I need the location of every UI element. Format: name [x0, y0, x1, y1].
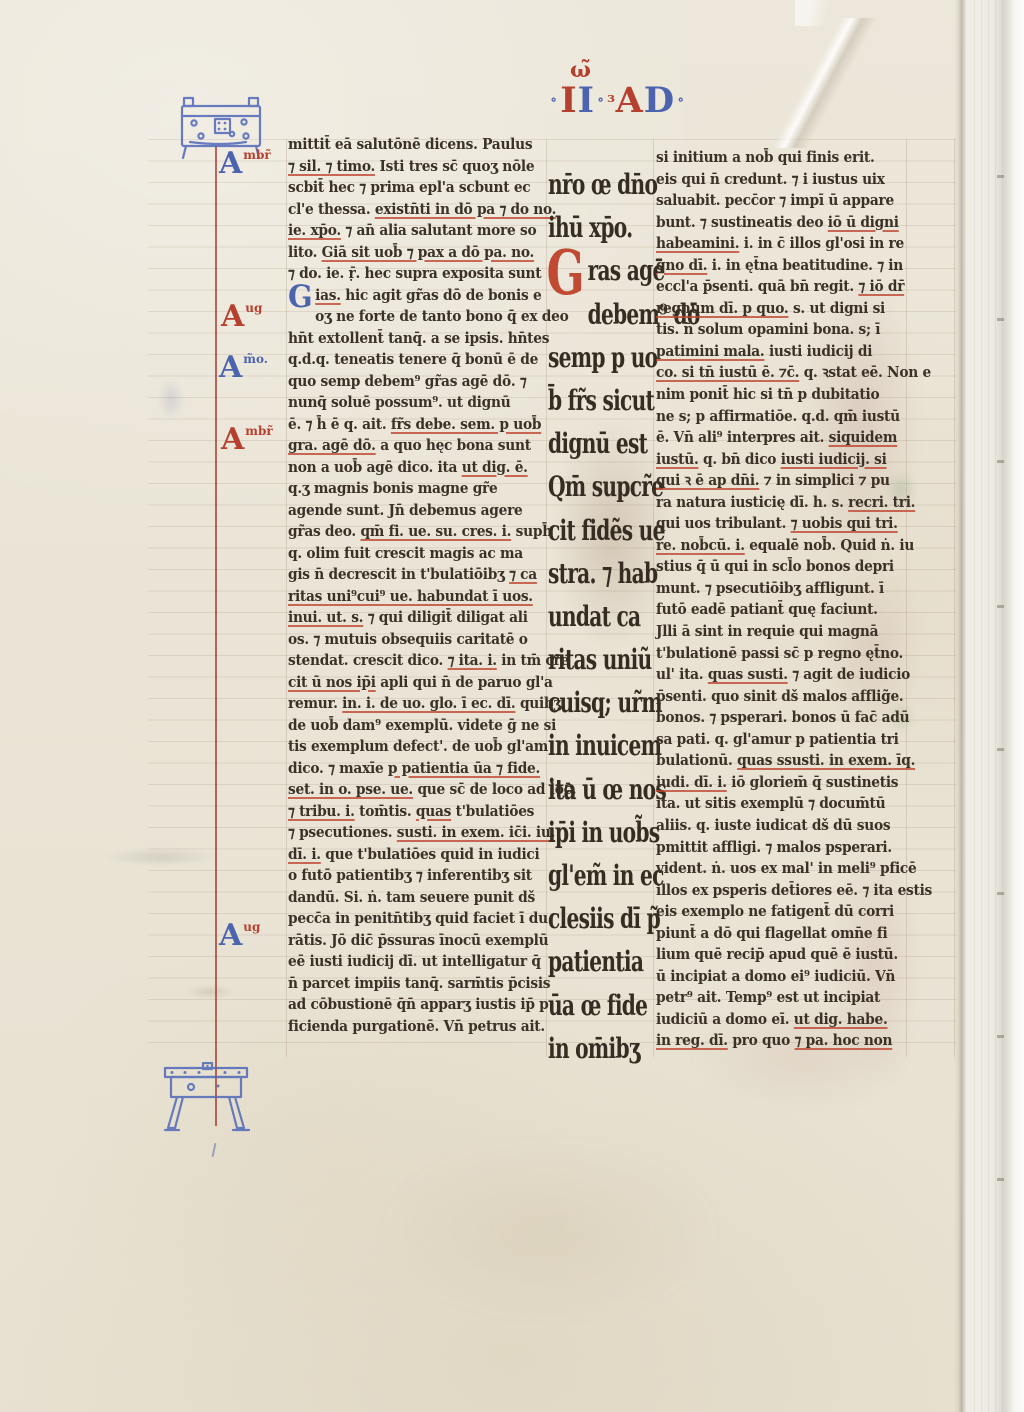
text-line: bulationū. quas ssusti. in exem. īq. [656, 750, 907, 772]
author-initial: A [221, 299, 244, 334]
text-line: hn̄t extollent̄ tanq̄. a se ipsis. hn̄te… [288, 328, 547, 350]
text-line: lium quē recip̄ apud quē ē iustū. [656, 944, 907, 966]
text-line: mittit̄ eā salutōnē dicens. Paulus [288, 134, 547, 156]
text-line: in om̄ibʒ [548, 1027, 657, 1070]
text-line: Gias. hic agit gr̃as dō de bonis e [288, 285, 547, 307]
manuscript-page: ω̃ ∘II∘ɜAD∘ [0, 0, 1024, 1412]
author-mark-ambrose: Ambr̃ [219, 148, 271, 179]
pen-trial-stroke [212, 1143, 217, 1157]
title-numeral: I [578, 82, 595, 120]
text-line: ul' ita. quas susti. ⁊ agit de iudicio [656, 664, 907, 686]
text-line: dignū est [548, 422, 657, 465]
text-line: saluabit. pecc̄or ⁊ impī ū appare [656, 190, 907, 212]
text-line: inui. ut. s. ⁊ qui diligit̄ diligat ali [288, 607, 547, 629]
quire-mark [997, 1178, 1004, 1181]
text-line: aliis. q. iuste iudicat dš dū suos [656, 815, 907, 837]
author-initial: A [221, 422, 244, 457]
text-line: illos ex psperis det̄iores eē. ⁊ ita est… [656, 880, 907, 902]
text-line: bonos. ⁊ psperari. bonos ū fac̄ adū [656, 707, 907, 729]
text-line: iudi. dī. i. iō gloriem̄ q̄ sustinetis [656, 772, 907, 794]
text-line: regnum dī. p quo. s. ut digni si [656, 298, 907, 320]
author-initial: A [219, 146, 242, 181]
text-line: ritas uniũ [548, 638, 657, 681]
text-line: ita ū œ nos [548, 768, 657, 811]
text-line: oʒ ne forte de tanto bono q̄ ex deo [288, 306, 547, 328]
text-line: ⁊ tribu. i. tom̄tis. quas t'bulatiōes [288, 801, 547, 823]
text-line: ie. xp̄o. ⁊ an̄ alia salutant more so [288, 220, 547, 242]
text-line: dandū. Si. ṅ. tam seuere punit dš [288, 887, 547, 909]
text-line: semp p uo [548, 336, 657, 379]
text-line: tis. n̄ solum opamini bona. s; ī [656, 319, 907, 341]
text-line: eē iusti iudicij dī. ut intelligatur q̄ [288, 951, 547, 973]
text-line: dī. i. que t'bulatiōes quid in iudici [288, 844, 547, 866]
text-line: o futō patientibʒ ⁊ inferentibʒ sit [288, 865, 547, 887]
text-line: gr̃as deo. qm̄ fi. ue. su. cres. i. suph… [288, 521, 547, 543]
book-fore-edge [954, 0, 1024, 1412]
text-line: pmittit affligi. ⁊ malos psperari. [656, 837, 907, 859]
text-line: ficienda purgationē. Vn̄ petrus ait. [288, 1016, 547, 1038]
text-line: petr⁹ ait. Temp⁹ est ut incipiat [656, 987, 907, 1009]
author-mark-augustine: Aug [219, 920, 260, 951]
title-dot: ∘ [677, 81, 685, 119]
text-line: n̄ parcet impiis tanq̄. sarm̄tis p̄cisis [288, 973, 547, 995]
text-line: t'bulationē passi sc̄ p regno ęt̄no. [656, 643, 907, 665]
text-line: b̄ fr̃s sicut [548, 379, 657, 422]
text-line: qui uos tribulant. ⁊ uobis qui tri. [656, 513, 907, 535]
text-line: p̄senti. quo sinit dš malos afflig̃e. [656, 686, 907, 708]
quire-mark [997, 605, 1004, 608]
text-line: q.ʒ magnis bonis magne gr̃e [288, 478, 547, 500]
parchment-mottling [380, 1140, 720, 1320]
text-line: stendat. crescit dico. ⁊ ita. i. in tm̄ … [288, 650, 547, 672]
text-line: patientia [548, 940, 657, 983]
text-line: ⁊ psecutiones. susti. in exem. ic̄i. iu. [288, 822, 547, 844]
illuminated-initial: G [288, 285, 312, 310]
text-line: set. in o. pse. ue. que sc̄ de loco ad l… [288, 779, 547, 801]
title-numeral: I [560, 82, 577, 120]
text-line: piunt̄ a dō qui flagellat omn̄e fi [656, 923, 907, 945]
margin-rule-red [215, 146, 217, 1126]
text-line: ūa œ fide [548, 984, 657, 1027]
text-line: ū incipiat a domo ei⁹ iudiciū. Vn̄ [656, 966, 907, 988]
text-line: pecc̄a in penitn̄tibʒ quid faciet ī du [288, 908, 547, 930]
text-line: habeamini. i. in c̄ illos gl'osi in re [656, 233, 907, 255]
text-line: tis exemplum defect'. de uob̄ gl'am [288, 736, 547, 758]
author-abbrev: mbr̃ [243, 148, 270, 162]
text-line: cuisq; ur̃m [548, 681, 657, 724]
title-flourish: ω̃ [570, 60, 708, 80]
title-dot: ∘ [550, 81, 558, 119]
text-line: nr̄o œ dn̄o [548, 163, 657, 206]
text-line: re. nob̄cū. i. equalē nob̄. Quid ṅ. iu [656, 535, 907, 557]
text-line: q. olim fuit crescit magis ac ma [288, 543, 547, 565]
text-line: q.d.q. teneatis tenere q̄ bonū ē de [288, 349, 547, 371]
text-line: co. si tn̄ iustū ē. ⁊c̄. q. ꝛstat eē. No… [656, 362, 907, 384]
title-mark: ɜ [607, 80, 615, 118]
column-rule [286, 139, 287, 1057]
parchment-tear [770, 18, 880, 148]
author-mark-augustine: Aug [221, 301, 262, 332]
title-dot: ∘ [597, 81, 605, 119]
text-line: ⁊ sil. ⁊ timo. Isti tres sc̄ quoʒ nōle [288, 156, 547, 178]
text-line: cl'e thessa. existn̄ti in dō pa ⁊ do no. [288, 199, 547, 221]
left-gloss-column: mittit̄ eā salutōnē dicens. Paulus⁊ sil.… [288, 134, 547, 1037]
text-line: cit ū nos ip̄i apli qui n̄ de paruo gl'a [288, 672, 547, 694]
text-line: os. ⁊ mutuis obsequiis caritatē o [288, 629, 547, 651]
text-line: nunq̄ soluē possum⁹. ut dignū [288, 392, 547, 414]
text-line: de uob̄ dam⁹ exemplū. videte ḡ ne si [288, 715, 547, 737]
bible-text-column: nr̄o œ dn̄oihū xp̄o.Gras agēdebem⁹ dōsem… [548, 163, 657, 1070]
text-line: patimini mala. iusti iudicij di [656, 341, 907, 363]
text-line: ita. ut sitis exemplū ⁊ docum̄tū [656, 793, 907, 815]
text-line: in reg. dī. pro quo ⁊ pa. hoc non [656, 1030, 907, 1052]
quire-mark [997, 748, 1004, 751]
text-line: vident. ṅ. uos ex mal' in meli⁹ pficē [656, 858, 907, 880]
author-abbrev: m̃o. [243, 352, 268, 366]
quire-mark [997, 1035, 1004, 1038]
text-line: qui ꝛ ē ap dn̄i. ⁊ in simplici ⁊ pu [656, 470, 907, 492]
text-line: nim ponit̄ hic si tn̄ p dubitatio [656, 384, 907, 406]
text-line: clesiis dī p̃ [548, 897, 657, 940]
text-line: gno dī. i. in ęt̄na beatitudine. ⁊ in [656, 255, 907, 277]
text-line: sa pati. q. gl'amur p patientia tri [656, 729, 907, 751]
text-line: ra natura iusticię dī. h. s. recri. tri. [656, 492, 907, 514]
title-letter: D [644, 82, 675, 120]
author-abbrev: ug [243, 920, 260, 934]
text-line: stius q̄ ū qui in scl̄o bonos depri [656, 556, 907, 578]
text-line: gis n̄ decrescit in t'bulatiōibʒ ⁊ ca [288, 564, 547, 586]
text-line: bunt. ⁊ sustineatis deo iō ū digni [656, 212, 907, 234]
trestle-table-doodle-bottom [163, 1062, 255, 1142]
author-initial: A [219, 918, 242, 953]
text-line: rātis. Jō dic̄ p̄ssuras īnocū exemplū [288, 930, 547, 952]
text-line: eccl'a p̄senti. quā bn̄ regit. ⁊ iō dr̄ [656, 276, 907, 298]
text-line: agende sunt. Jn̄ debemus agere [288, 500, 547, 522]
text-line: futō eadē patiant̄ quę faciunt. [656, 599, 907, 621]
text-line: ritas uni⁹cui⁹ ue. habundat ī uos. [288, 586, 547, 608]
text-line: lito. Giā sit uob̄ ⁊ pax a dō pa. no. [288, 242, 547, 264]
text-line: ē. ⁊ h̄ ē q. ait. fr̃s debe. sem. p uob̄ [288, 414, 547, 436]
text-line: scbit̄ hec ⁊ prima epl'a scbunt ec [288, 177, 547, 199]
quire-mark [997, 460, 1004, 463]
text-line: stra. ⁊ hab [548, 552, 657, 595]
text-line: remur. in. i. de uo. glo. ī ec. dī. quib… [288, 693, 547, 715]
text-line: ihū xp̄o. [548, 206, 657, 249]
author-mark-ambrose: Am̃o. [219, 352, 268, 383]
right-gloss-column: si initium a nob̄ qui finis erit.eis qui… [656, 147, 907, 1052]
parchment-nick [795, 0, 841, 26]
text-line: ne s; p affirmatiōe. q.d. qm̄ iustū [656, 406, 907, 428]
title-letter: A [616, 82, 644, 120]
text-line: undat ca [548, 595, 657, 638]
text-line: si initium a nob̄ qui finis erit. [656, 147, 907, 169]
illuminated-initial: G [547, 249, 584, 297]
text-line: non a uob̄ agē dico. ita ut dig. ē. [288, 457, 547, 479]
text-line: quo semp debem⁹ gr̃as agē dō. ⁊ [288, 371, 547, 393]
title-row: ∘II∘ɜAD∘ [548, 80, 708, 120]
quire-mark [997, 892, 1004, 895]
text-line: munt. ⁊ psecutiōibʒ affligunt. ī [656, 578, 907, 600]
text-line: iustū. q. bn̄ dico iusti iudicij. si [656, 449, 907, 471]
text-line: Qm̄ supcr̃e [548, 465, 657, 508]
text-line: Jlli ā sint in requie qui magnā [656, 621, 907, 643]
text-line: Gras agē [548, 249, 657, 292]
author-abbrev: mbr̃ [245, 424, 272, 438]
quire-mark [997, 318, 1004, 321]
text-line: gra. agē dō. a quo hęc bona sunt [288, 435, 547, 457]
text-line: ē. Vn̄ ali⁹ interpres ait. siquidem [656, 427, 907, 449]
text-line: cit fidẽs ue [548, 509, 657, 552]
author-initial: A [219, 350, 242, 385]
quire-mark [997, 175, 1004, 178]
author-abbrev: ug [245, 301, 262, 315]
running-title: ω̃ ∘II∘ɜAD∘ [548, 60, 708, 120]
text-line: gl'em̃ in ec [548, 854, 657, 897]
text-line: ad cōbustionē q̄n̄ apparʒ iustis ip̄ p [288, 994, 547, 1016]
text-line: dico. ⁊ maxīe p patientia ūa ⁊ fide. [288, 758, 547, 780]
text-line: ip̄i in uob̃s [548, 811, 657, 854]
author-mark-ambrose: Ambr̃ [221, 424, 273, 455]
text-line: in inuicem [548, 724, 657, 767]
text-line: ⁊ do. ie. ṝ. hec supra exposita sunt [288, 263, 547, 285]
text-line: eis exemplo ne fatigent̄ dū corri [656, 901, 907, 923]
text-line: eis qui n̄ credunt. ⁊ i iustus uix [656, 169, 907, 191]
text-line: iudiciū a domo eī. ut dig. habe. [656, 1009, 907, 1031]
